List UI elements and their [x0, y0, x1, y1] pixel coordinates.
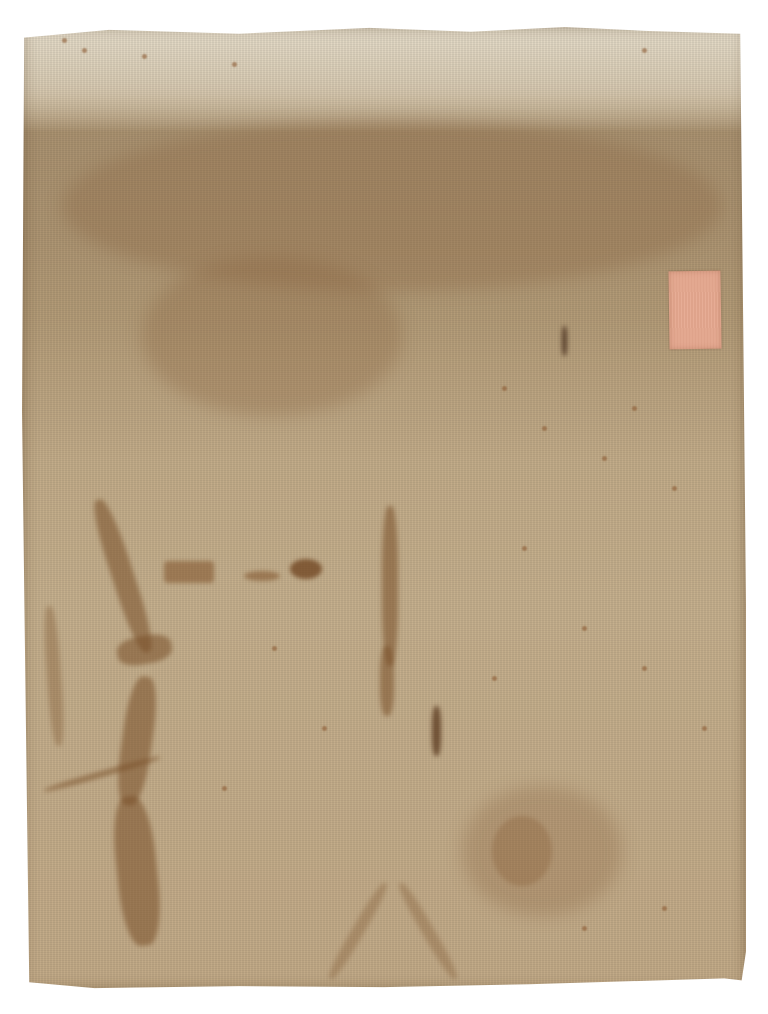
speck	[232, 62, 237, 67]
speck	[582, 926, 587, 931]
speck	[322, 726, 327, 731]
speck	[82, 48, 87, 53]
left-tide-stain-4	[109, 794, 164, 947]
dash-stain-2	[244, 571, 280, 581]
speck	[602, 456, 607, 461]
linen-cloth	[22, 26, 746, 990]
small-dark-mark	[562, 326, 567, 356]
vertical-streak-3	[432, 706, 441, 756]
speck	[542, 426, 547, 431]
speck	[642, 666, 647, 671]
upper-stain-band	[62, 121, 722, 291]
vertical-streak-1	[382, 506, 398, 666]
pink-paper-label	[668, 271, 721, 350]
speck	[62, 38, 67, 43]
bottom-blot	[492, 816, 552, 886]
photo-stage: Photograph of an aged, stained linen clo…	[0, 0, 768, 1014]
speck	[222, 786, 227, 791]
left-tide-stain-2	[115, 631, 174, 668]
left-tide-stain-1	[88, 497, 158, 656]
speck	[672, 486, 677, 491]
vertical-streak-2	[380, 646, 394, 716]
speck	[702, 726, 707, 731]
left-edge-stain	[42, 606, 66, 747]
left-tide-stain-3	[113, 675, 161, 808]
speck	[142, 54, 147, 59]
speck	[582, 626, 587, 631]
upper-left-stain	[142, 256, 402, 416]
arch-stain-left	[325, 880, 390, 981]
arch-stain-right	[395, 880, 460, 981]
speck	[662, 906, 667, 911]
dash-stain-3	[290, 559, 322, 579]
speck	[492, 676, 497, 681]
speck	[632, 406, 637, 411]
speck	[642, 48, 647, 53]
speck	[272, 646, 277, 651]
dash-stain-1	[164, 561, 214, 583]
speck	[502, 386, 507, 391]
speck	[522, 546, 527, 551]
